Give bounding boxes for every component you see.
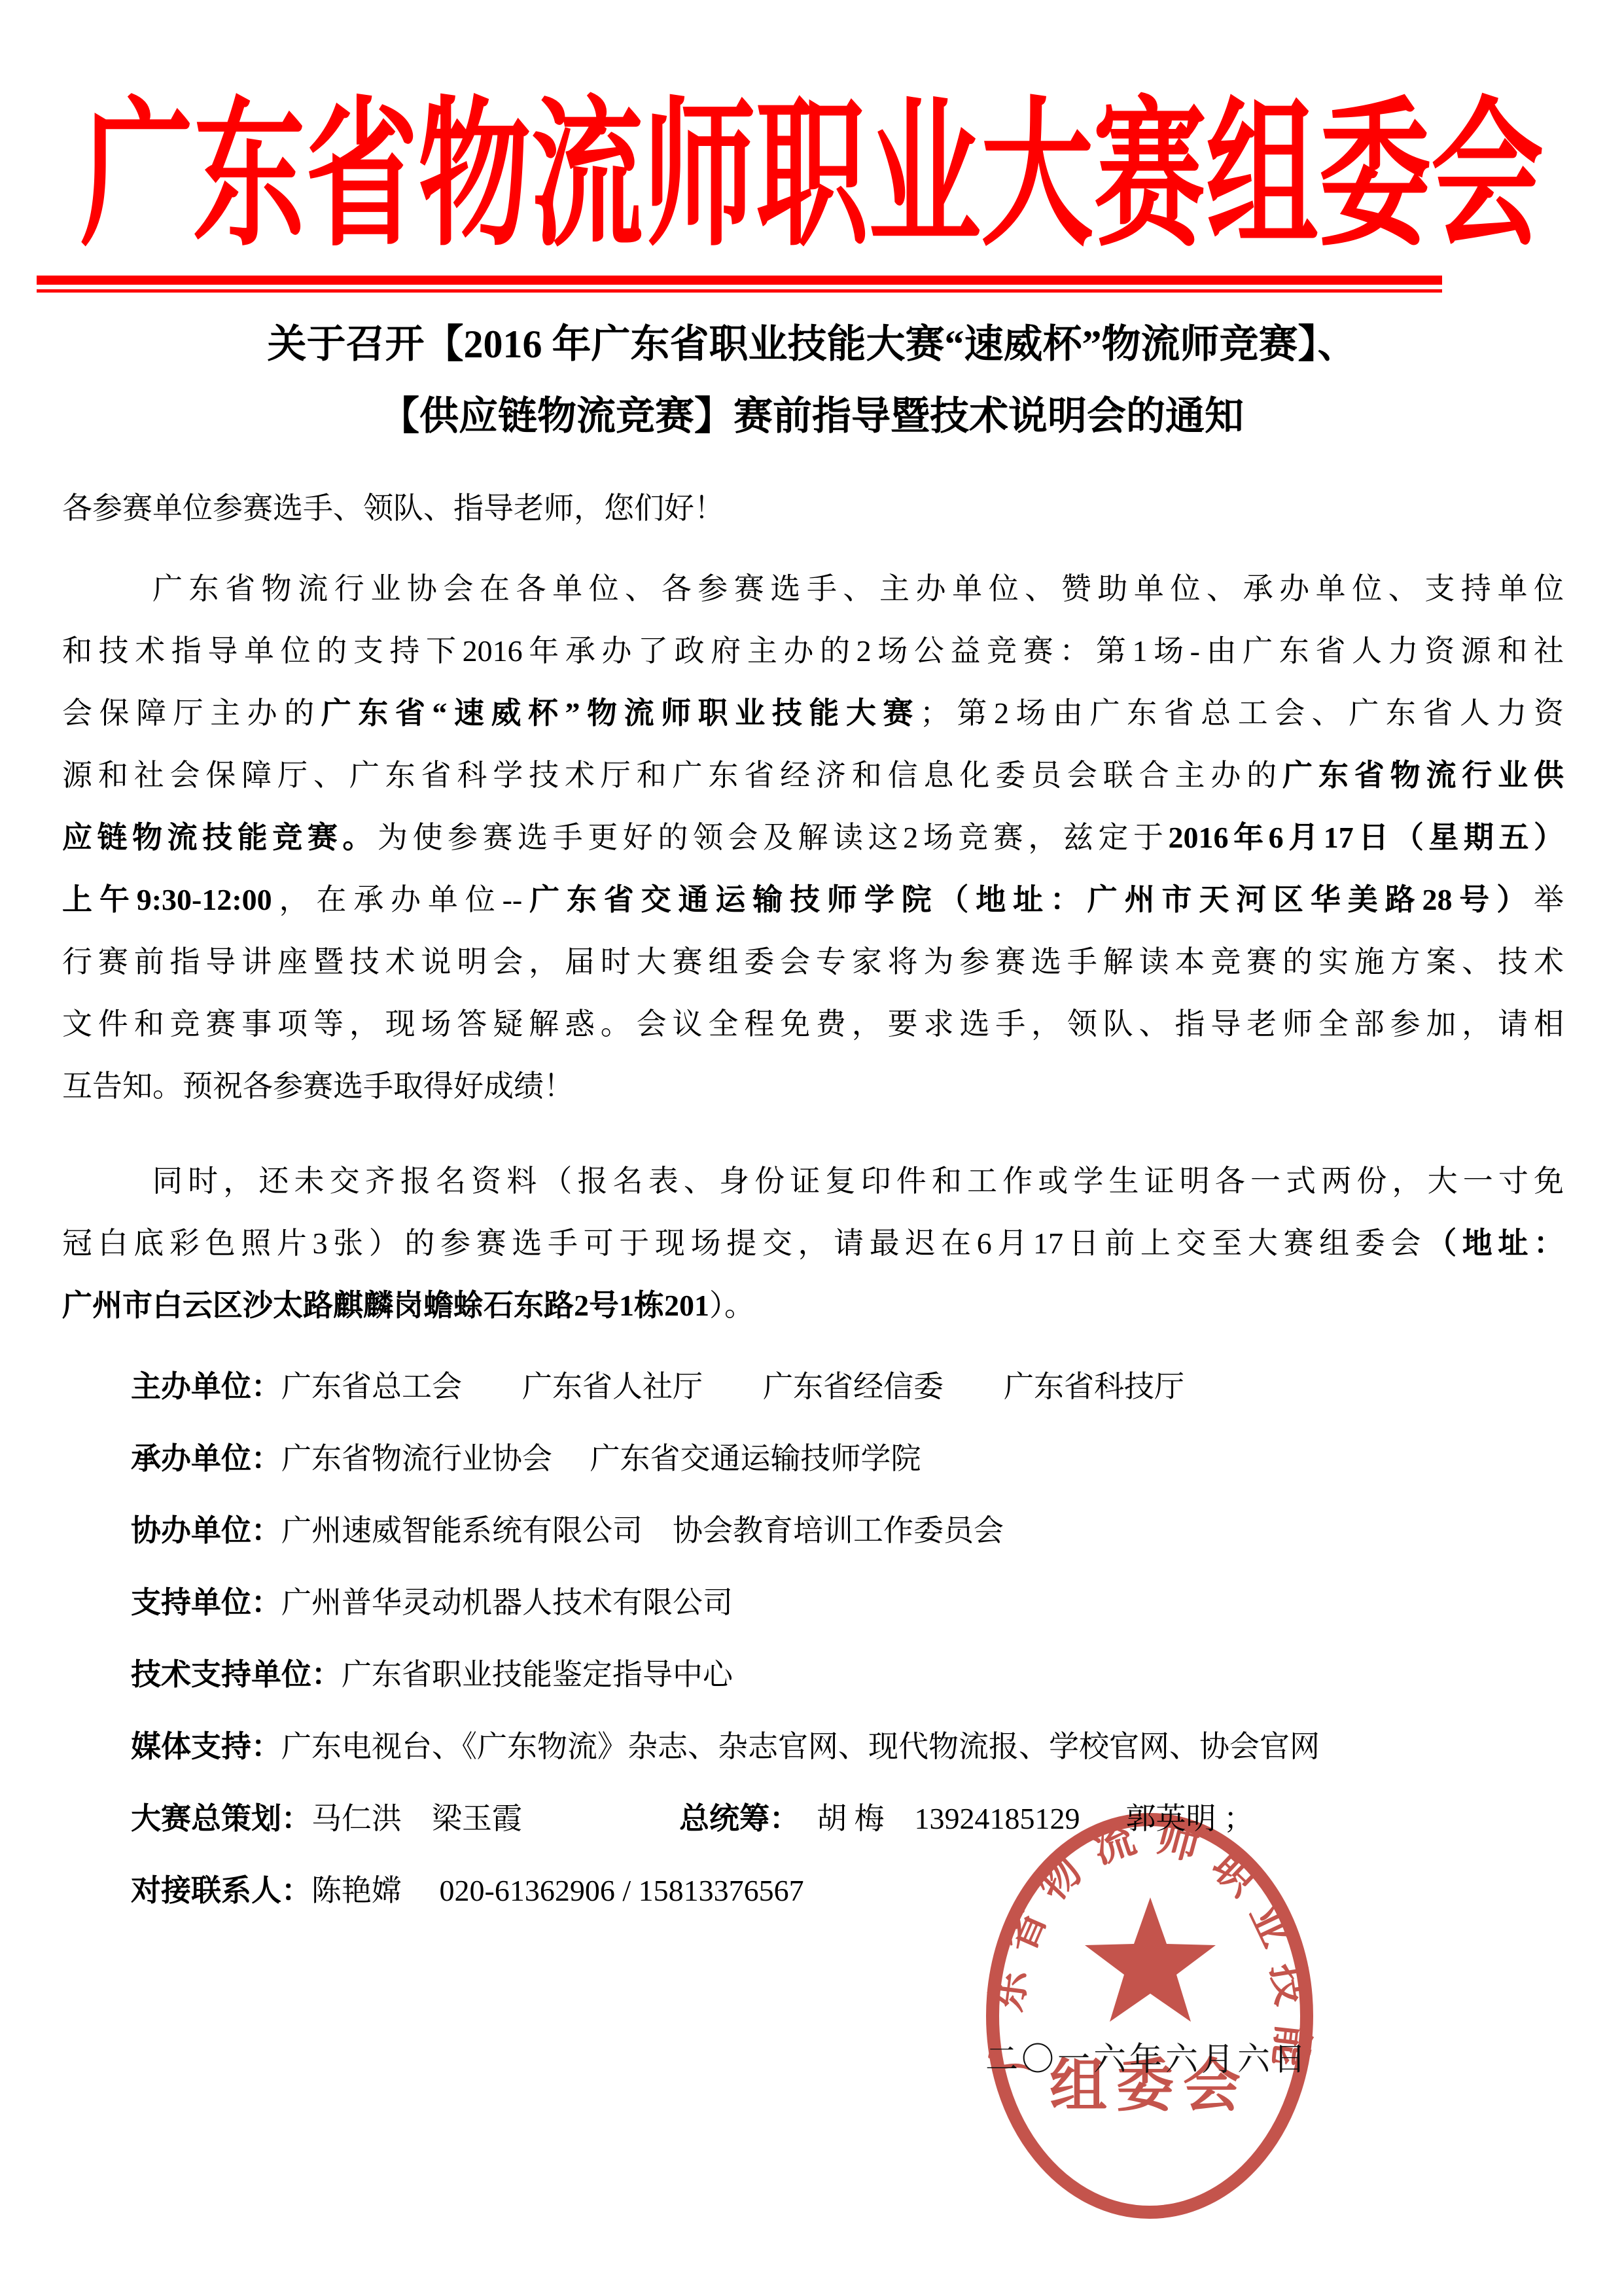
organizer-row-tech-support: 技术支持单位：广东省职业技能鉴定指导中心 (131, 1639, 1564, 1711)
row-label: 支持单位： (131, 1586, 281, 1619)
paragraph-line: 互告知。预祝各参赛选手取得好成绩！ (62, 1055, 1564, 1117)
paragraph-line: 文件和竞赛事项等，现场答疑解惑。会议全程免费，要求选手，领队、指导老师全部参加，… (62, 993, 1564, 1055)
row-label: 主办单位： (131, 1370, 281, 1403)
document-title-line-2: 【供应链物流竞赛】赛前指导暨技术说明会的通知 (0, 385, 1624, 441)
row-value: 广东省总工会 广东省人社厅 广东省经信委 广东省科技厅 (281, 1370, 1184, 1403)
paragraph-1: 广东省物流行业协会在各单位、各参赛选手、主办单位、赞助单位、承办单位、支持单位 … (62, 558, 1564, 1117)
document-title-line-1: 关于召开【2016 年广东省职业技能大赛“速威杯”物流师竞赛】、 (0, 313, 1624, 369)
credits-section: 主办单位：广东省总工会 广东省人社厅 广东省经信委 广东省科技厅 承办单位：广东… (131, 1351, 1564, 1927)
letterhead-title: 广东省物流师职业大赛组委会 (0, 47, 1624, 277)
paragraph-line: 会保障厅主办的广东省“速威杯”物流师职业技能大赛；第2场由广东省总工会、广东省人… (62, 682, 1564, 744)
rule-thin-line (37, 289, 1442, 293)
paragraph-line: 同时，还未交齐报名资料（报名表、身份证复印件和工作或学生证明各一式两份，大一寸免 (62, 1150, 1564, 1212)
row-label: 媒体支持： (131, 1730, 281, 1763)
paragraph-line: 广东省物流行业协会在各单位、各参赛选手、主办单位、赞助单位、承办单位、支持单位 (62, 558, 1564, 620)
planner-row: 大赛总策划：马仁洪 梁玉霞总统筹：胡 梅 13924185129郭英明 ； (131, 1783, 1564, 1855)
planner-names: 马仁洪 梁玉霞 (311, 1802, 522, 1835)
row-value: 广州速威智能系统有限公司 协会教育培训工作委员会 (281, 1514, 1004, 1547)
notice-document-page: 广东省物流师职业大赛组委会 关于召开【2016 年广东省职业技能大赛“速威杯”物… (0, 0, 1624, 2296)
paragraph-line: 上午9:30-12:00，在承办单位--广东省交通运输技师学院（地址：广州市天河… (62, 869, 1564, 931)
organizer-row-media: 媒体支持：广东电视台、《广东物流》杂志、杂志官网、现代物流报、学校官网、协会官网 (131, 1711, 1564, 1783)
row-label: 总统筹： (679, 1802, 800, 1835)
paragraph-line: 应链物流技能竞赛。为使参赛选手更好的领会及解读这2场竞赛，兹定于2016年6月1… (62, 806, 1564, 869)
paragraph-line: 和技术指导单位的支持下2016年承办了政府主办的2场公益竞赛：第1场-由广东省人… (62, 620, 1564, 682)
organizer-row-undertaker: 承办单位：广东省物流行业协会 广东省交通运输技师学院 (131, 1423, 1564, 1495)
rule-thick-line (37, 276, 1442, 285)
row-value: 广东省职业技能鉴定指导中心 (342, 1658, 733, 1691)
row-value: 广东电视台、《广东物流》杂志、杂志官网、现代物流报、学校官网、协会官网 (281, 1730, 1320, 1763)
paragraph-line: 冠白底彩色照片3张）的参赛选手可于现场提交，请最迟在6月17日前上交至大赛组委会… (62, 1212, 1564, 1274)
row-value: 广东省物流行业协会 广东省交通运输技师学院 (281, 1442, 921, 1475)
greeting-line: 各参赛单位参赛选手、领队、指导老师，您们好！ (62, 484, 724, 528)
organizer-row-coorganizer: 协办单位：广州速威智能系统有限公司 协会教育培训工作委员会 (131, 1495, 1564, 1567)
row-value: 广州普华灵动机器人技术有限公司 (281, 1586, 733, 1619)
paragraph-line: 源和社会保障厅、广东省科学技术厅和广东省经济和信息化委员会联合主办的广东省物流行… (62, 744, 1564, 806)
contact-value: 陈艳嫦 020-61362906 / 15813376567 (311, 1874, 804, 1907)
paragraph-line: 行赛前指导讲座暨技术说明会，届时大赛组委会专家将为参赛选手解读本竞赛的实施方案、… (62, 931, 1564, 993)
paragraph-2: 同时，还未交齐报名资料（报名表、身份证复印件和工作或学生证明各一式两份，大一寸免… (62, 1150, 1564, 1336)
paragraph-line: 广州市白云区沙太路麒麟岗蟾蜍石东路2号1栋201）。 (62, 1274, 1564, 1336)
organizer-row-supporter: 支持单位：广州普华灵动机器人技术有限公司 (131, 1567, 1564, 1639)
double-red-rule (37, 276, 1442, 293)
contact-row: 对接联系人：陈艳嫦 020-61362906 / 15813376567 (131, 1855, 1564, 1927)
row-label: 对接联系人： (131, 1874, 311, 1907)
row-label: 大赛总策划： (131, 1802, 311, 1835)
row-label: 协办单位： (131, 1514, 281, 1547)
organizer-row-host: 主办单位：广东省总工会 广东省人社厅 广东省经信委 广东省科技厅 (131, 1351, 1564, 1423)
star-icon (1085, 1897, 1216, 2022)
official-seal-stamp: 广东省物流师职业技能大赛 组委会 (980, 1808, 1319, 2227)
row-label: 技术支持单位： (131, 1658, 342, 1691)
row-label: 承办单位： (131, 1442, 281, 1475)
document-date: 二〇一六年六月六日 (985, 2033, 1309, 2080)
